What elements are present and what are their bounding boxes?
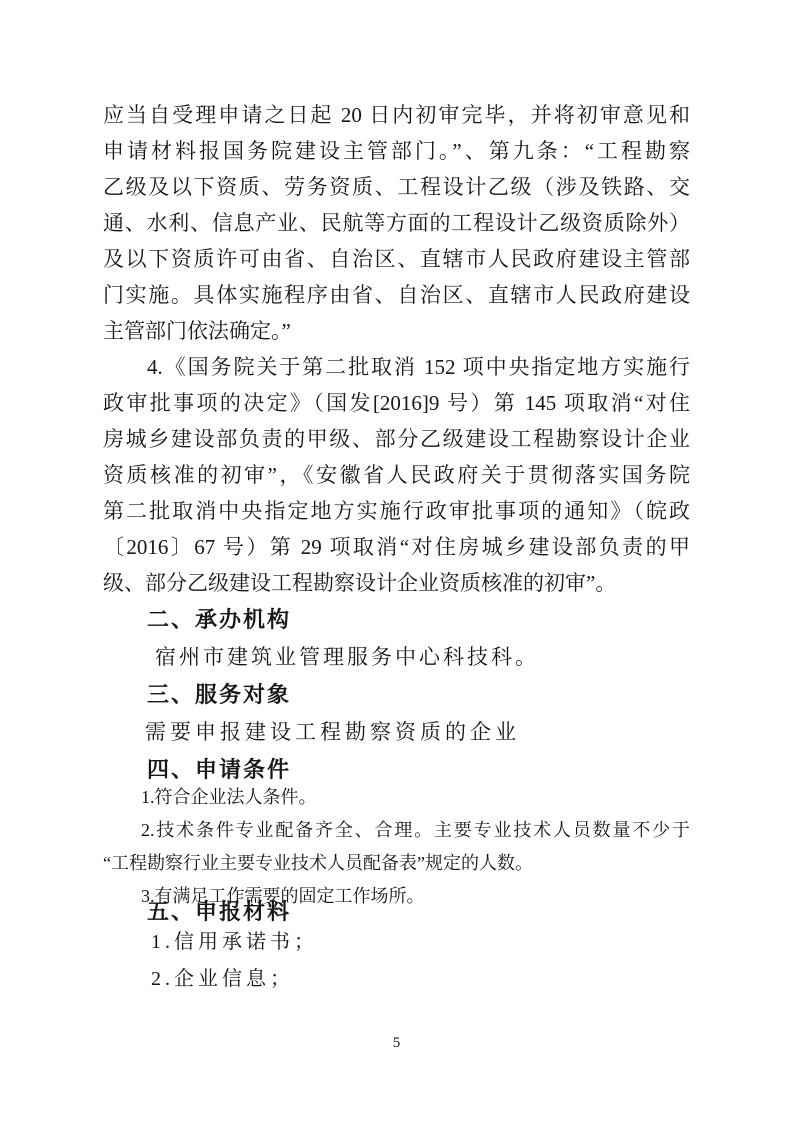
section-4-item-1: 1.符合企业法人条件。 [103, 781, 690, 814]
text-line: 第二批取消中央指定地方实施行政审批事项的通知》（皖政 [103, 493, 690, 529]
section-4-item-2: 2.技术条件专业配备齐全、合理。主要专业技术人员数量不少于 “工程勘察行业主要专… [103, 814, 690, 880]
page-number: 5 [0, 1034, 793, 1052]
text-line: 4.《国务院关于第二批取消 152 项中央指定地方实施行 [103, 349, 690, 385]
text-line: 政审批事项的决定》（国发[2016]9 号）第 145 项取消“对住 [103, 385, 690, 421]
text-line: 通、水利、信息产业、民航等方面的工程设计乙级资质除外） [103, 205, 690, 241]
section-3-body: 需要申报建设工程勘察资质的企业 [103, 714, 690, 751]
paragraph-item-4: 4.《国务院关于第二批取消 152 项中央指定地方实施行 政审批事项的决定》（国… [103, 349, 690, 601]
section-5-items: 1.信用承诺书； 2.企业信息； [103, 924, 690, 998]
text-line: 应当自受理申请之日起 20 日内初审完毕，并将初审意见和 [103, 97, 690, 133]
text-line: 资质核准的初审”，《安徽省人民政府关于贯彻落实国务院 [103, 457, 690, 493]
text-line: 申请材料报国务院建设主管部门。”、第九条：“工程勘察 [103, 133, 690, 169]
text-line: 2.技术条件专业配备齐全、合理。主要专业技术人员数量不少于 [103, 814, 690, 847]
section-2-body: 宿州市建筑业管理服务中心科技科。 [103, 639, 690, 676]
text-line: 及以下资质许可由省、自治区、直辖市人民政府建设主管部 [103, 241, 690, 277]
text-line: “工程勘察行业主要专业技术人员配备表”规定的人数。 [103, 847, 690, 880]
section-3-heading: 三、服务对象 [103, 676, 690, 714]
section-5-item-2: 2.企业信息； [103, 961, 690, 998]
page-content: 应当自受理申请之日起 20 日内初审完毕，并将初审意见和 申请材料报国务院建设主… [103, 97, 690, 998]
text-line: 房城乡建设部负责的甲级、部分乙级建设工程勘察设计企业 [103, 421, 690, 457]
text-line: 门实施。具体实施程序由省、自治区、直辖市人民政府建设 [103, 277, 690, 313]
text-line: 乙级及以下资质、劳务资质、工程设计乙级（涉及铁路、交 [103, 169, 690, 205]
text-line: 级、部分乙级建设工程勘察设计企业资质核准的初审”。 [103, 565, 690, 601]
text-line: 〔2016〕67 号）第 29 项取消“对住房城乡建设部负责的甲 [103, 529, 690, 565]
paragraph-continuation: 应当自受理申请之日起 20 日内初审完毕，并将初审意见和 申请材料报国务院建设主… [103, 97, 690, 349]
document-page: 应当自受理申请之日起 20 日内初审完毕，并将初审意见和 申请材料报国务院建设主… [0, 0, 793, 1122]
section-5-item-1: 1.信用承诺书； [103, 924, 690, 961]
section-2-heading: 二、承办机构 [103, 601, 690, 639]
text-line: 主管部门依法确定。” [103, 313, 690, 349]
